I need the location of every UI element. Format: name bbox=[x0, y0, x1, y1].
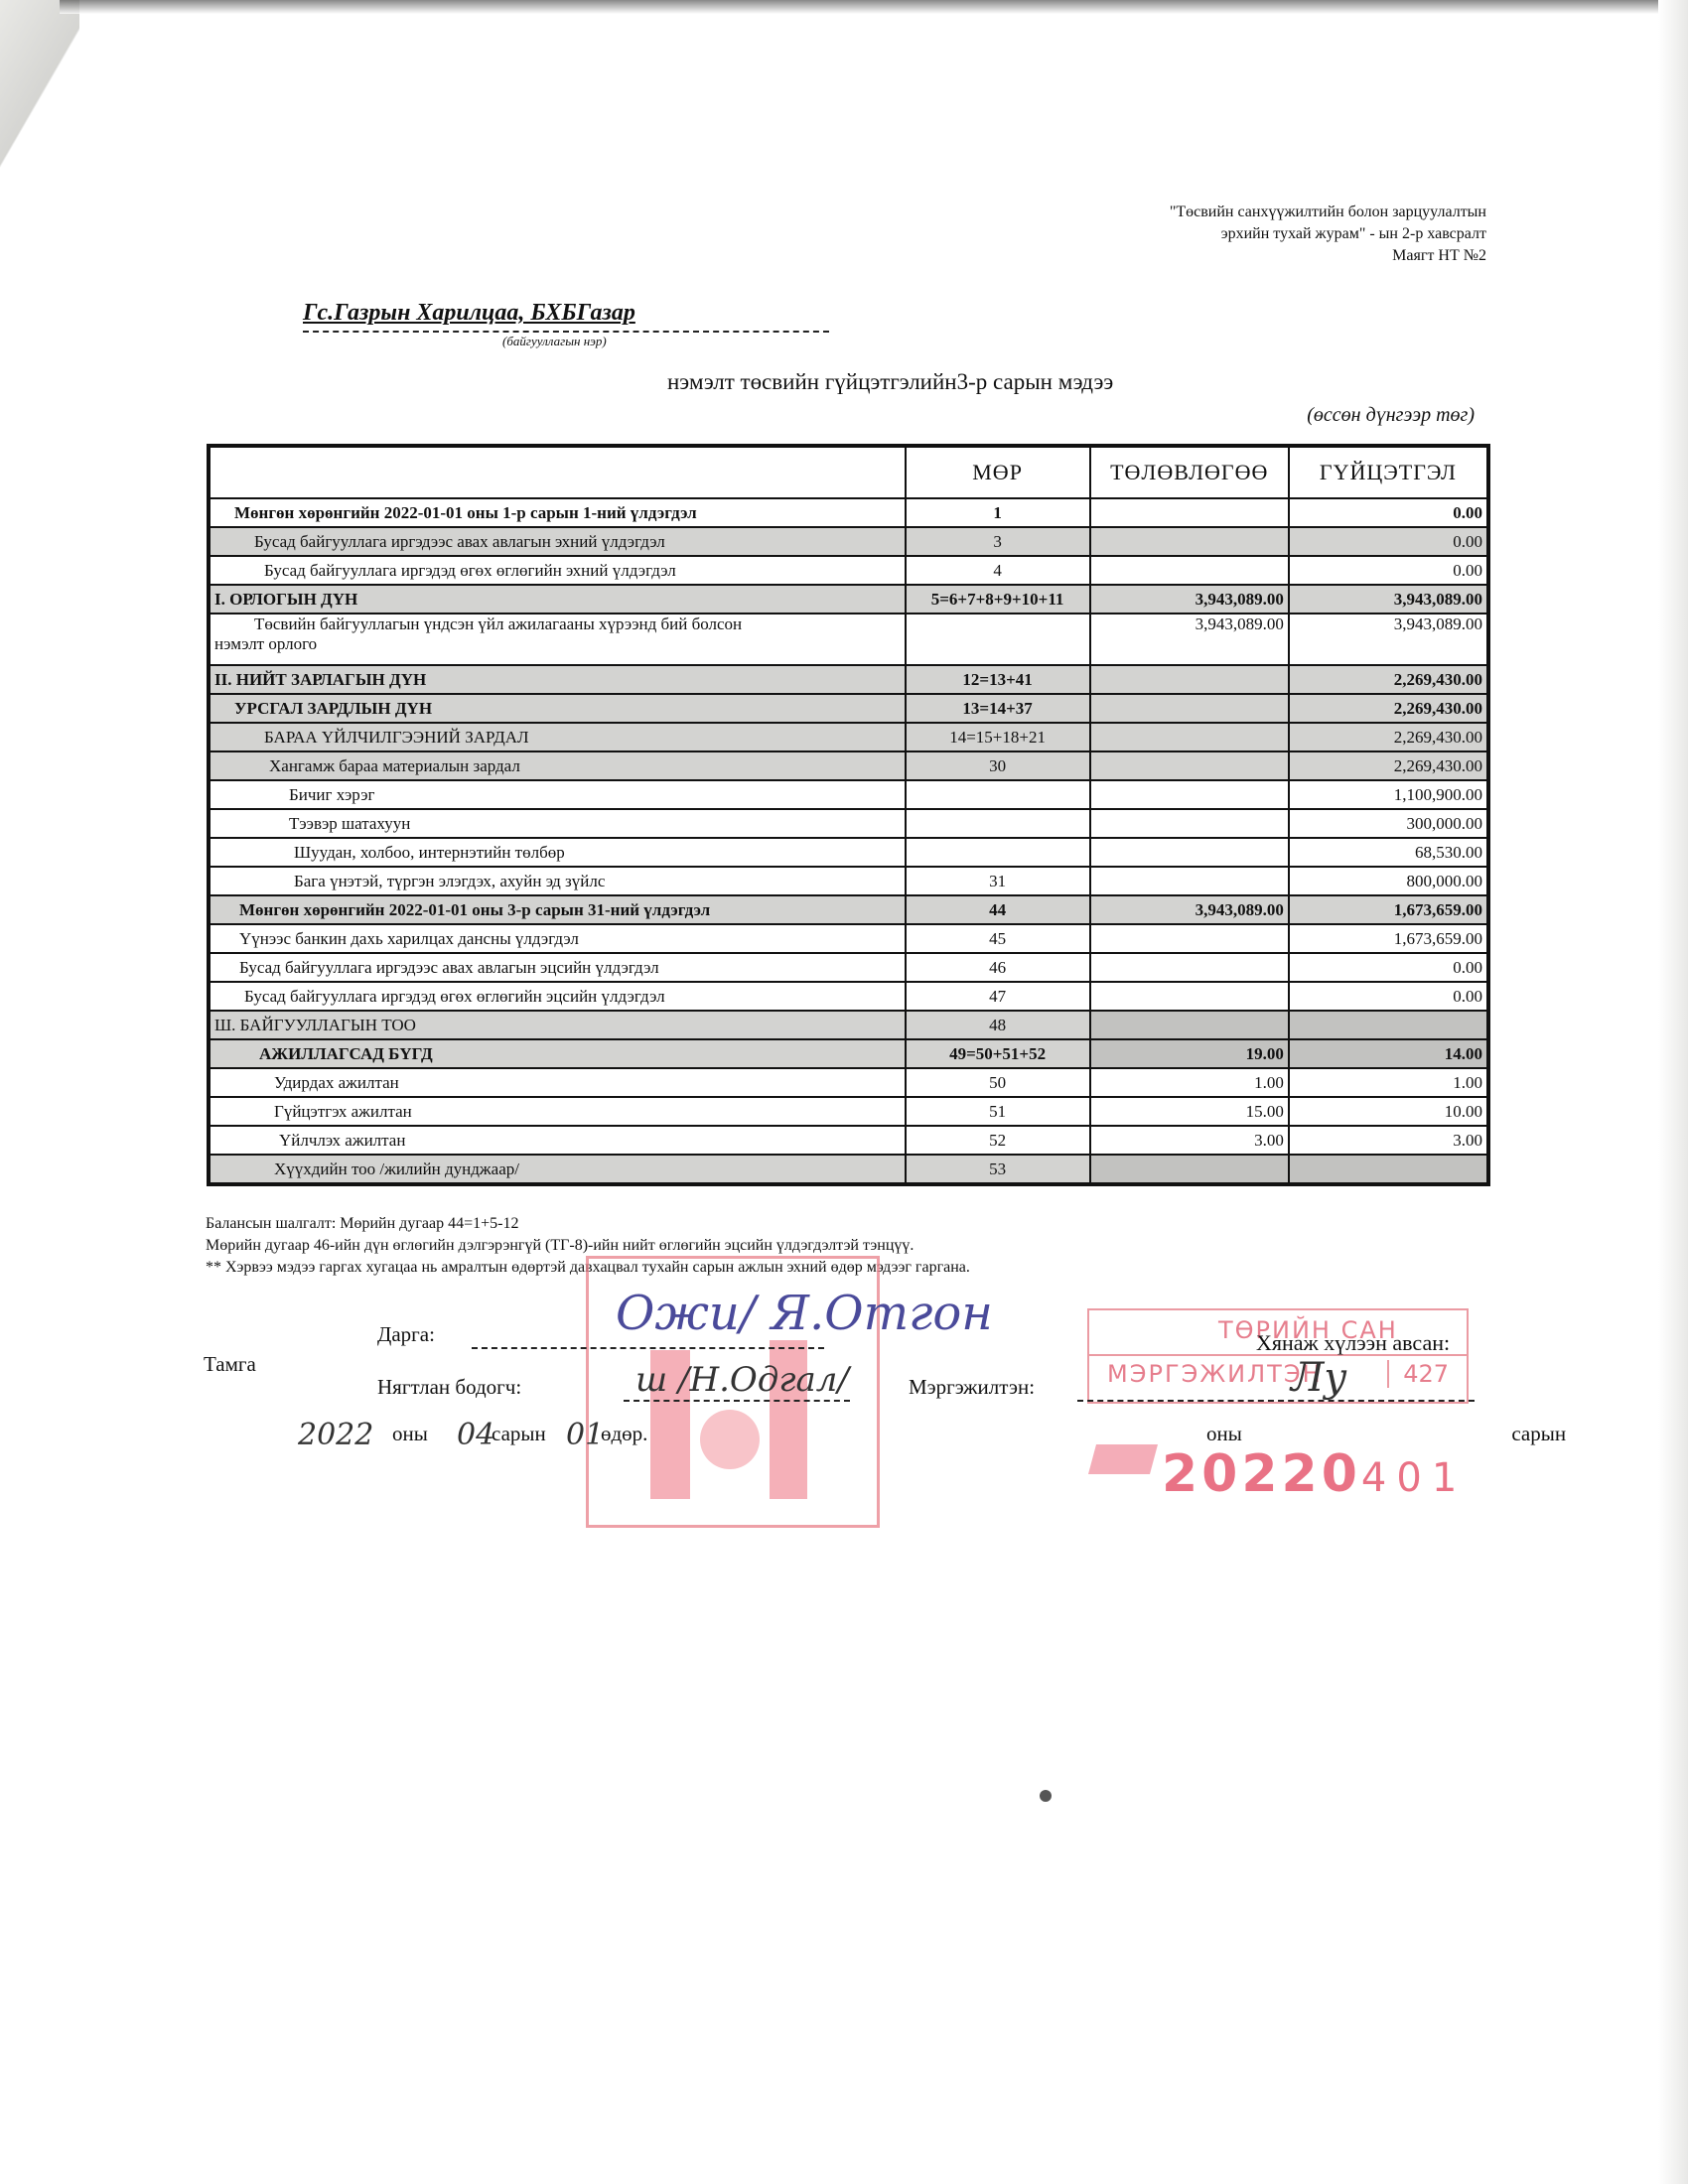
table-row: Төсвийн байгууллагын үндсэн үйл ажилагаа… bbox=[209, 614, 1488, 665]
director-label: Дарга: bbox=[377, 1322, 435, 1347]
row-label: Гүйцэтгэх ажилтан bbox=[209, 1097, 906, 1126]
plan-value bbox=[1090, 498, 1289, 527]
received-date: оны сарын өдөр. bbox=[1206, 1422, 1688, 1446]
table-row: Гүйцэтгэх ажилтан5115.0010.00 bbox=[209, 1097, 1488, 1126]
row-number: 1 bbox=[906, 498, 1090, 527]
row-label-text: Бичиг хэрэг bbox=[214, 785, 901, 805]
row-number: 4 bbox=[906, 556, 1090, 585]
table-row: БАРАА ҮЙЛЧИЛГЭЭНИЙ ЗАРДАЛ14=15+18+212,26… bbox=[209, 723, 1488, 751]
header-label bbox=[209, 446, 906, 498]
treasury-stamp: ТӨРИЙН САН МЭРГЭЖИЛТЭН 427 bbox=[1087, 1308, 1469, 1404]
row-label-text: Төсвийн байгууллагын үндсэн үйл ажилагаа… bbox=[214, 614, 901, 634]
row-label: Бусад байгууллага иргэдэд өгөх өглөгийн … bbox=[209, 556, 906, 585]
row-label-text: Бага үнэтэй, түргэн элэгдэх, ахуйн эд зү… bbox=[214, 872, 901, 891]
row-label: БАРАА ҮЙЛЧИЛГЭЭНИЙ ЗАРДАЛ bbox=[209, 723, 906, 751]
plan-value: 3.00 bbox=[1090, 1126, 1289, 1155]
table-row: II. НИЙТ ЗАРЛАГЫН ДҮН12=13+412,269,430.0… bbox=[209, 665, 1488, 694]
row-label: Удирдах ажилтан bbox=[209, 1068, 906, 1097]
row-number bbox=[906, 809, 1090, 838]
row-label: Мөнгөн хөрөнгийн 2022-01-01 оны 1-р сары… bbox=[209, 498, 906, 527]
row-label-text: Үүнээс банкин дахь харилцах дансны үлдэг… bbox=[214, 929, 901, 949]
plan-value bbox=[1090, 809, 1289, 838]
plan-value bbox=[1090, 924, 1289, 953]
row-number: 48 bbox=[906, 1011, 1090, 1039]
plan-value bbox=[1090, 527, 1289, 556]
row-label-text: БАРАА ҮЙЛЧИЛГЭЭНИЙ ЗАРДАЛ bbox=[214, 728, 901, 748]
date-month-suffix: сарын bbox=[492, 1422, 546, 1446]
actual-value: 0.00 bbox=[1289, 982, 1488, 1011]
row-label-text: Бусад байгууллага иргэдээс авах авлагын … bbox=[214, 532, 901, 552]
appendix-line-1: "Төсвийн санхүүжилтийн болон зарцуулалты… bbox=[1170, 202, 1486, 223]
accountant-label: Нягтлан бодогч: bbox=[377, 1375, 521, 1400]
plan-value bbox=[1090, 867, 1289, 895]
row-number bbox=[906, 838, 1090, 867]
plan-value: 1.00 bbox=[1090, 1068, 1289, 1097]
actual-value: 10.00 bbox=[1289, 1097, 1488, 1126]
row-number: 46 bbox=[906, 953, 1090, 982]
row-number: 3 bbox=[906, 527, 1090, 556]
table-row: Мөнгөн хөрөнгийн 2022-01-01 оны 1-р сары… bbox=[209, 498, 1488, 527]
table-row: Ш. БАЙГУУЛЛАГЫН ТОО48 bbox=[209, 1011, 1488, 1039]
row-label-text-cont: нэмэлт орлого bbox=[214, 634, 901, 654]
actual-value bbox=[1289, 1155, 1488, 1184]
appendix-reference: "Төсвийн санхүүжилтийн болон зарцуулалты… bbox=[1170, 202, 1486, 267]
row-label-text: Удирдах ажилтан bbox=[214, 1073, 901, 1093]
row-number: 44 bbox=[906, 895, 1090, 924]
report-table: МӨР ТӨЛӨВЛӨГӨӨ ГҮЙЦЭТГЭЛ Мөнгөн хөрөнгий… bbox=[207, 444, 1490, 1186]
actual-value: 68,530.00 bbox=[1289, 838, 1488, 867]
scanned-page: "Төсвийн санхүүжилтийн болон зарцуулалты… bbox=[0, 0, 1688, 2184]
date-stamp-day: 401 bbox=[1361, 1455, 1467, 1501]
row-label: Хүүхдийн тоо /жилийн дунджаар/ bbox=[209, 1155, 906, 1184]
actual-value: 1,673,659.00 bbox=[1289, 895, 1488, 924]
actual-value: 1,100,900.00 bbox=[1289, 780, 1488, 809]
row-label: Төсвийн байгууллагын үндсэн үйл ажилагаа… bbox=[209, 614, 906, 665]
form-code: Маягт НТ №2 bbox=[1170, 245, 1486, 267]
actual-value: 1.00 bbox=[1289, 1068, 1488, 1097]
row-number: 50 bbox=[906, 1068, 1090, 1097]
stamp-label: Тамга bbox=[204, 1352, 256, 1377]
row-label-text: Мөнгөн хөрөнгийн 2022-01-01 оны 1-р сары… bbox=[214, 503, 901, 523]
row-label: I. ОРЛОГЫН ДҮН bbox=[209, 585, 906, 614]
scan-shadow bbox=[60, 0, 1668, 14]
date-year-suffix: оны bbox=[392, 1422, 428, 1446]
table-row: Тээвэр шатахуун300,000.00 bbox=[209, 809, 1488, 838]
actual-value: 0.00 bbox=[1289, 953, 1488, 982]
row-label-text: Гүйцэтгэх ажилтан bbox=[214, 1102, 901, 1122]
plan-value bbox=[1090, 665, 1289, 694]
table-row: Үүнээс банкин дахь харилцах дансны үлдэг… bbox=[209, 924, 1488, 953]
row-label-text: Мөнгөн хөрөнгийн 2022-01-01 оны 3-р сары… bbox=[214, 900, 901, 920]
row-label-text: I. ОРЛОГЫН ДҮН bbox=[214, 590, 901, 610]
table-row: Бага үнэтэй, түргэн элэгдэх, ахуйн эд зү… bbox=[209, 867, 1488, 895]
row-number: 51 bbox=[906, 1097, 1090, 1126]
specialist-signature: Лу bbox=[1291, 1355, 1347, 1401]
actual-value: 3.00 bbox=[1289, 1126, 1488, 1155]
actual-value: 3,943,089.00 bbox=[1289, 585, 1488, 614]
row-label: Бага үнэтэй, түргэн элэгдэх, ахуйн эд зү… bbox=[209, 867, 906, 895]
actual-value: 2,269,430.00 bbox=[1289, 665, 1488, 694]
row-label-text: Бусад байгууллага иргэдэд өгөх өглөгийн … bbox=[214, 987, 901, 1007]
plan-value: 3,943,089.00 bbox=[1090, 585, 1289, 614]
row-label-text: Шуудан, холбоо, интернэтийн төлбөр bbox=[214, 843, 901, 863]
date-stamp: 20220401 bbox=[1162, 1444, 1467, 1504]
row-label-text: Үйлчлэх ажилтан bbox=[214, 1131, 901, 1151]
row-number: 12=13+41 bbox=[906, 665, 1090, 694]
plan-value bbox=[1090, 694, 1289, 723]
row-number: 30 bbox=[906, 751, 1090, 780]
row-number: 45 bbox=[906, 924, 1090, 953]
row-label: Үүнээс банкин дахь харилцах дансны үлдэг… bbox=[209, 924, 906, 953]
table-row: Хүүхдийн тоо /жилийн дунджаар/53 bbox=[209, 1155, 1488, 1184]
row-label: Шуудан, холбоо, интернэтийн төлбөр bbox=[209, 838, 906, 867]
organization-caption: (байгууллагын нэр) bbox=[502, 334, 607, 349]
row-number: 52 bbox=[906, 1126, 1090, 1155]
row-label: УРСГАЛ ЗАРДЛЫН ДҮН bbox=[209, 694, 906, 723]
report-title: нэмэлт төсвийн гүйцэтгэлийн3-р сарын мэд… bbox=[667, 369, 1113, 395]
actual-value: 14.00 bbox=[1289, 1039, 1488, 1068]
table-row: Үйлчлэх ажилтан523.003.00 bbox=[209, 1126, 1488, 1155]
table-row: Бичиг хэрэг1,100,900.00 bbox=[209, 780, 1488, 809]
table-header: МӨР ТӨЛӨВЛӨГӨӨ ГҮЙЦЭТГЭЛ bbox=[209, 446, 1488, 498]
plan-value: 3,943,089.00 bbox=[1090, 614, 1289, 665]
row-label-text: Хүүхдийн тоо /жилийн дунджаар/ bbox=[214, 1160, 901, 1179]
header-plan: ТӨЛӨВЛӨГӨӨ bbox=[1090, 446, 1289, 498]
accountant-signature: ш /Н.Одгал/ bbox=[635, 1360, 849, 1400]
table-row: Бусад байгууллага иргэдэд өгөх өглөгийн … bbox=[209, 982, 1488, 1011]
row-label: Бичиг хэрэг bbox=[209, 780, 906, 809]
row-label-text: УРСГАЛ ЗАРДЛЫН ДҮН bbox=[214, 699, 901, 719]
director-signature-line bbox=[472, 1347, 824, 1349]
row-label: Бусад байгууллага иргэдэд өгөх өглөгийн … bbox=[209, 982, 906, 1011]
actual-value: 800,000.00 bbox=[1289, 867, 1488, 895]
organization-name: Гс.Газрын Харилцаа, БХБГазар bbox=[303, 300, 635, 327]
row-number bbox=[906, 780, 1090, 809]
plan-value: 19.00 bbox=[1090, 1039, 1289, 1068]
row-number bbox=[906, 614, 1090, 665]
actual-value: 0.00 bbox=[1289, 498, 1488, 527]
date-stamp-smear bbox=[1088, 1444, 1158, 1474]
plan-value bbox=[1090, 982, 1289, 1011]
plan-value bbox=[1090, 723, 1289, 751]
folded-corner bbox=[0, 0, 79, 228]
page-edge bbox=[1658, 0, 1688, 2184]
accountant-signature-line bbox=[624, 1400, 850, 1402]
row-label-text: АЖИЛЛАГСАД БҮГД bbox=[214, 1044, 901, 1064]
header-row-number: МӨР bbox=[906, 446, 1090, 498]
scan-speck bbox=[1040, 1790, 1052, 1802]
row-number: 53 bbox=[906, 1155, 1090, 1184]
note-balance-check: Балансын шалгалт: Мөрийн дугаар 44=1+5-1… bbox=[206, 1213, 970, 1235]
table-row: Бусад байгууллага иргэдэд өгөх өглөгийн … bbox=[209, 556, 1488, 585]
row-label: Тээвэр шатахуун bbox=[209, 809, 906, 838]
appendix-line-2: эрхийн тухай журам" - ын 2-р хавсралт bbox=[1170, 223, 1486, 245]
row-label: Бусад байгууллага иргэдээс авах авлагын … bbox=[209, 953, 906, 982]
row-label-text: II. НИЙТ ЗАРЛАГЫН ДҮН bbox=[214, 670, 901, 690]
date-day-suffix: өдөр. bbox=[601, 1422, 647, 1446]
actual-value: 300,000.00 bbox=[1289, 809, 1488, 838]
actual-value: 2,269,430.00 bbox=[1289, 723, 1488, 751]
row-label: II. НИЙТ ЗАРЛАГЫН ДҮН bbox=[209, 665, 906, 694]
seal-mark bbox=[700, 1410, 760, 1469]
date-month: 04 bbox=[457, 1418, 494, 1452]
table-row: Мөнгөн хөрөнгийн 2022-01-01 оны 3-р сары… bbox=[209, 895, 1488, 924]
row-number: 31 bbox=[906, 867, 1090, 895]
specialist-signature-line bbox=[1077, 1400, 1475, 1402]
plan-value bbox=[1090, 953, 1289, 982]
plan-value bbox=[1090, 1155, 1289, 1184]
table-row: УРСГАЛ ЗАРДЛЫН ДҮН13=14+372,269,430.00 bbox=[209, 694, 1488, 723]
plan-value bbox=[1090, 780, 1289, 809]
date-day: 01 bbox=[566, 1418, 604, 1452]
row-number: 5=6+7+8+9+10+11 bbox=[906, 585, 1090, 614]
table-row: Бусад байгууллага иргэдээс авах авлагын … bbox=[209, 527, 1488, 556]
row-label-text: Ш. БАЙГУУЛЛАГЫН ТОО bbox=[214, 1016, 901, 1035]
actual-value bbox=[1289, 1011, 1488, 1039]
row-label-text: Тээвэр шатахуун bbox=[214, 814, 901, 834]
header-actual: ГҮЙЦЭТГЭЛ bbox=[1289, 446, 1488, 498]
plan-value bbox=[1090, 1011, 1289, 1039]
actual-value: 3,943,089.00 bbox=[1289, 614, 1488, 665]
row-label-text: Хангамж бараа материалын зардал bbox=[214, 756, 901, 776]
specialist-label: Мэргэжилтэн: bbox=[909, 1375, 1035, 1400]
treasury-stamp-number: 427 bbox=[1387, 1360, 1449, 1388]
director-signature: Ожи/ Я.Отгон bbox=[616, 1286, 993, 1341]
table-row: Удирдах ажилтан501.001.00 bbox=[209, 1068, 1488, 1097]
row-label: АЖИЛЛАГСАД БҮГД bbox=[209, 1039, 906, 1068]
actual-value: 0.00 bbox=[1289, 556, 1488, 585]
plan-value: 15.00 bbox=[1090, 1097, 1289, 1126]
actual-value: 0.00 bbox=[1289, 527, 1488, 556]
table-row: Бусад байгууллага иргэдээс авах авлагын … bbox=[209, 953, 1488, 982]
row-label: Бусад байгууллага иргэдээс авах авлагын … bbox=[209, 527, 906, 556]
row-label: Мөнгөн хөрөнгийн 2022-01-01 оны 3-р сары… bbox=[209, 895, 906, 924]
row-number: 13=14+37 bbox=[906, 694, 1090, 723]
note-row-46: Мөрийн дугаар 46-ийн дүн өглөгийн дэлгэр… bbox=[206, 1235, 970, 1257]
received-label: Хянаж хүлээн авсан: bbox=[1256, 1330, 1450, 1356]
plan-value: 3,943,089.00 bbox=[1090, 895, 1289, 924]
table-row: Шуудан, холбоо, интернэтийн төлбөр68,530… bbox=[209, 838, 1488, 867]
row-label: Үйлчлэх ажилтан bbox=[209, 1126, 906, 1155]
table-row: Хангамж бараа материалын зардал302,269,4… bbox=[209, 751, 1488, 780]
row-number: 47 bbox=[906, 982, 1090, 1011]
row-label: Хангамж бараа материалын зардал bbox=[209, 751, 906, 780]
date-stamp-year: 20220 bbox=[1162, 1444, 1361, 1504]
unit-note: (өссөн дүнгээр төг) bbox=[1307, 404, 1475, 427]
plan-value bbox=[1090, 556, 1289, 585]
row-label-text: Бусад байгууллага иргэдэд өгөх өглөгийн … bbox=[214, 561, 901, 581]
row-label: Ш. БАЙГУУЛЛАГЫН ТОО bbox=[209, 1011, 906, 1039]
plan-value bbox=[1090, 751, 1289, 780]
organization-underline bbox=[303, 331, 829, 333]
table-row: I. ОРЛОГЫН ДҮН5=6+7+8+9+10+113,943,089.0… bbox=[209, 585, 1488, 614]
row-number: 49=50+51+52 bbox=[906, 1039, 1090, 1068]
row-label-text: Бусад байгууллага иргэдээс авах авлагын … bbox=[214, 958, 901, 978]
actual-value: 1,673,659.00 bbox=[1289, 924, 1488, 953]
table-row: АЖИЛЛАГСАД БҮГД49=50+51+5219.0014.00 bbox=[209, 1039, 1488, 1068]
actual-value: 2,269,430.00 bbox=[1289, 751, 1488, 780]
plan-value bbox=[1090, 838, 1289, 867]
row-number: 14=15+18+21 bbox=[906, 723, 1090, 751]
actual-value: 2,269,430.00 bbox=[1289, 694, 1488, 723]
date-year: 2022 bbox=[298, 1418, 373, 1452]
